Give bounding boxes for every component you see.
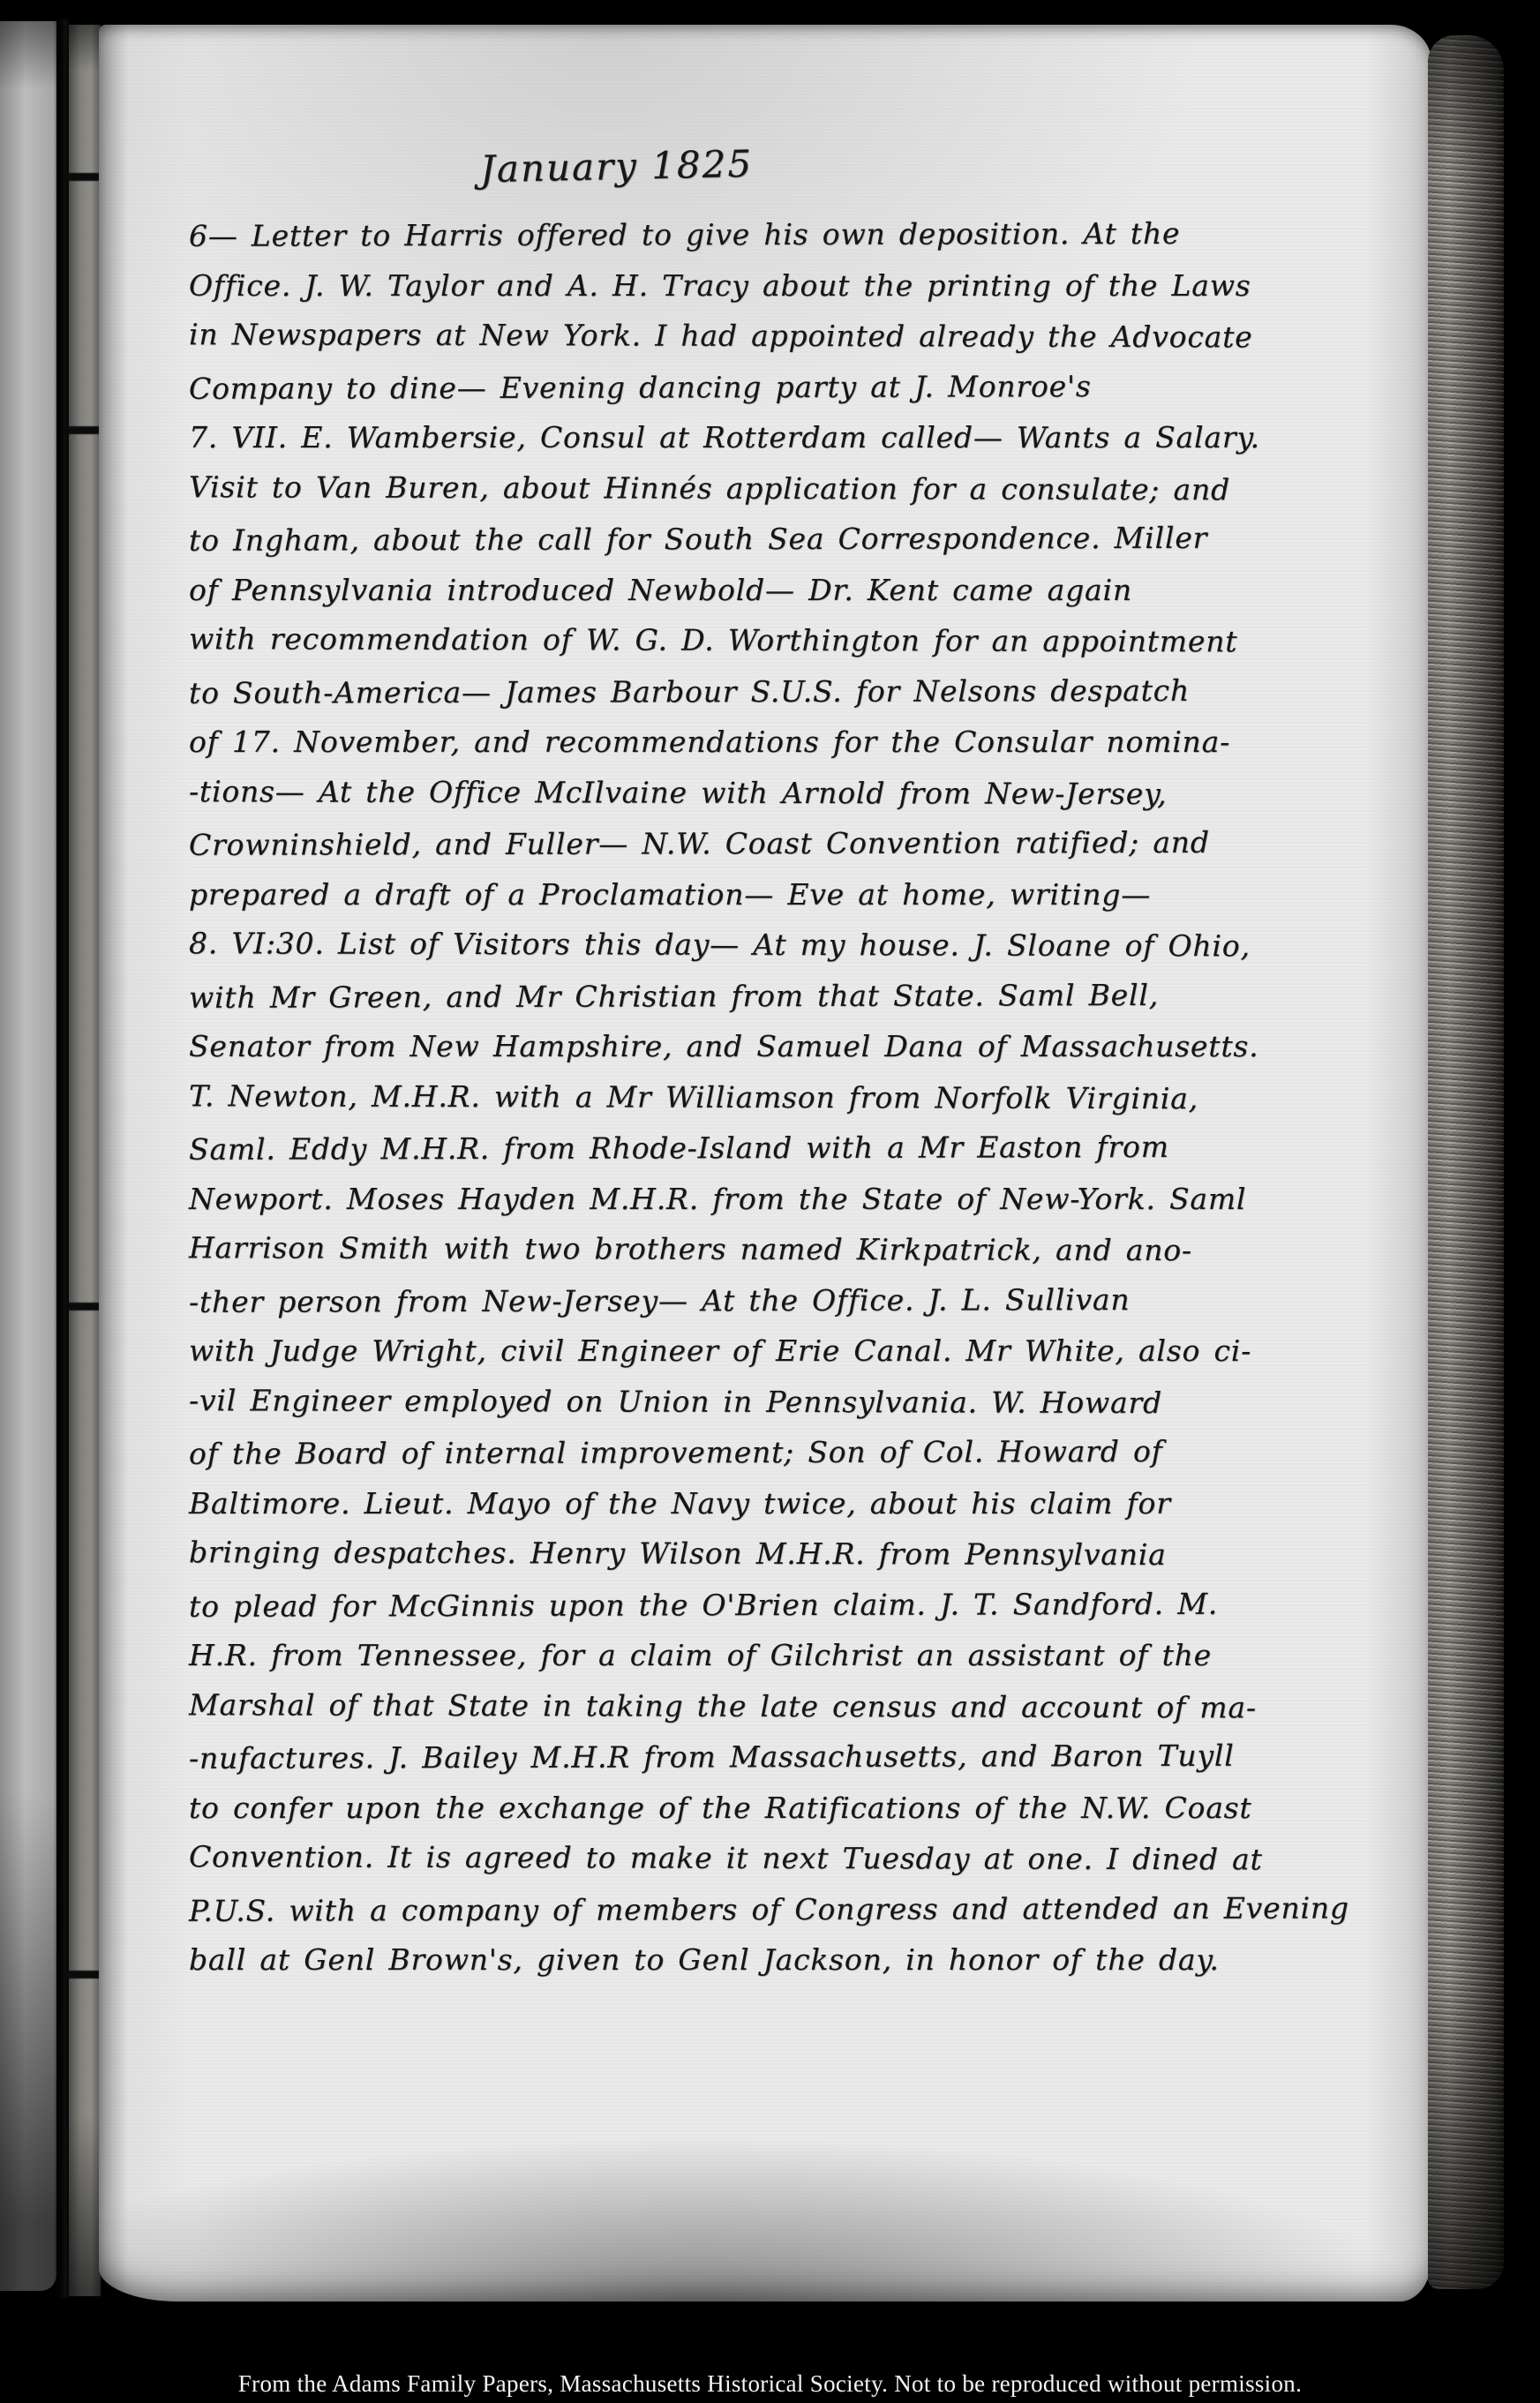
manuscript-line: Saml. Eddy M.H.R. from Rhode-Island with… (189, 1121, 1407, 1175)
manuscript-line: Harrison Smith with two brothers named K… (189, 1222, 1407, 1276)
manuscript-line: with Judge Wright, civil Engineer of Eri… (189, 1325, 1407, 1377)
page-stack-fore-edge (1428, 35, 1504, 2289)
manuscript-line: 6— Letter to Harris offered to give his … (189, 207, 1407, 261)
manuscript-line: in Newspapers at New York. I had appoint… (189, 309, 1407, 363)
manuscript-line: H.R. from Tennessee, for a claim of Gilc… (189, 1630, 1407, 1681)
manuscript-line: -vil Engineer employed on Union in Penns… (189, 1375, 1407, 1429)
attribution-text: From the Adams Family Papers, Massachuse… (238, 2370, 1302, 2397)
manuscript-line: to South-America— James Barbour S.U.S. f… (189, 665, 1407, 718)
manuscript-line: to Ingham, about the call for South Sea … (189, 512, 1407, 566)
manuscript-line: Senator from New Hampshire, and Samuel D… (189, 1021, 1407, 1072)
manuscript-line: -nufactures. J. Bailey M.H.R from Massac… (189, 1730, 1407, 1783)
manuscript-line: with recommendation of W. G. D. Worthing… (189, 613, 1407, 667)
attribution-footer: From the Adams Family Papers, Massachuse… (0, 2370, 1540, 2398)
manuscript-line: to confer upon the exchange of the Ratif… (189, 1783, 1407, 1834)
manuscript-line: 7. VII. E. Wambersie, Consul at Rotterda… (189, 412, 1407, 463)
binding-strip (69, 25, 101, 2296)
manuscript-page: January 1825 6— Letter to Harris offered… (99, 25, 1431, 2302)
manuscript-line: Convention. It is agreed to make it next… (189, 1831, 1407, 1885)
manuscript-line: -ther person from New-Jersey— At the Off… (189, 1273, 1407, 1327)
manuscript-line: 8. VI:30. List of Visitors this day— At … (189, 918, 1407, 972)
manuscript-line: P.U.S. with a company of members of Cong… (189, 1882, 1407, 1936)
manuscript-line: -tions— At the Office McIlvaine with Arn… (189, 766, 1407, 820)
manuscript-line: Crowninshield, and Fuller— N.W. Coast Co… (189, 816, 1407, 870)
adjacent-page-edge (0, 21, 56, 2291)
manuscript-line: of 17. November, and recommendations for… (189, 717, 1407, 768)
manuscript-line: Office. J. W. Taylor and A. H. Tracy abo… (189, 260, 1407, 312)
manuscript-line: prepared a draft of a Proclamation— Eve … (189, 869, 1407, 920)
diary-page-photograph: January 1825 6— Letter to Harris offered… (0, 0, 1540, 2403)
manuscript-line: Company to dine— Evening dancing party a… (189, 360, 1407, 414)
manuscript-line: of Pennsylvania introduced Newbold— Dr. … (189, 565, 1407, 616)
manuscript-line: Marshal of that State in taking the late… (189, 1679, 1407, 1733)
manuscript-line: with Mr Green, and Mr Christian from tha… (189, 969, 1407, 1023)
manuscript-line: bringing despatches. Henry Wilson M.H.R.… (189, 1527, 1407, 1581)
manuscript-line: of the Board of internal improvement; So… (189, 1425, 1407, 1479)
manuscript-line: ball at Genl Brown's, given to Genl Jack… (189, 1934, 1407, 1986)
manuscript-line: Baltimore. Lieut. Mayo of the Navy twice… (189, 1478, 1407, 1529)
page-heading: January 1825 (480, 142, 754, 191)
manuscript-line: to plead for McGinnis upon the O'Brien c… (189, 1578, 1407, 1632)
manuscript-line: Visit to Van Buren, about Hinnés applica… (189, 462, 1407, 515)
manuscript-text-block: 6— Letter to Harris offered to give his … (189, 209, 1407, 1986)
manuscript-line: Newport. Moses Hayden M.H.R. from the St… (189, 1174, 1407, 1225)
manuscript-line: T. Newton, M.H.R. with a Mr Williamson f… (189, 1070, 1407, 1124)
